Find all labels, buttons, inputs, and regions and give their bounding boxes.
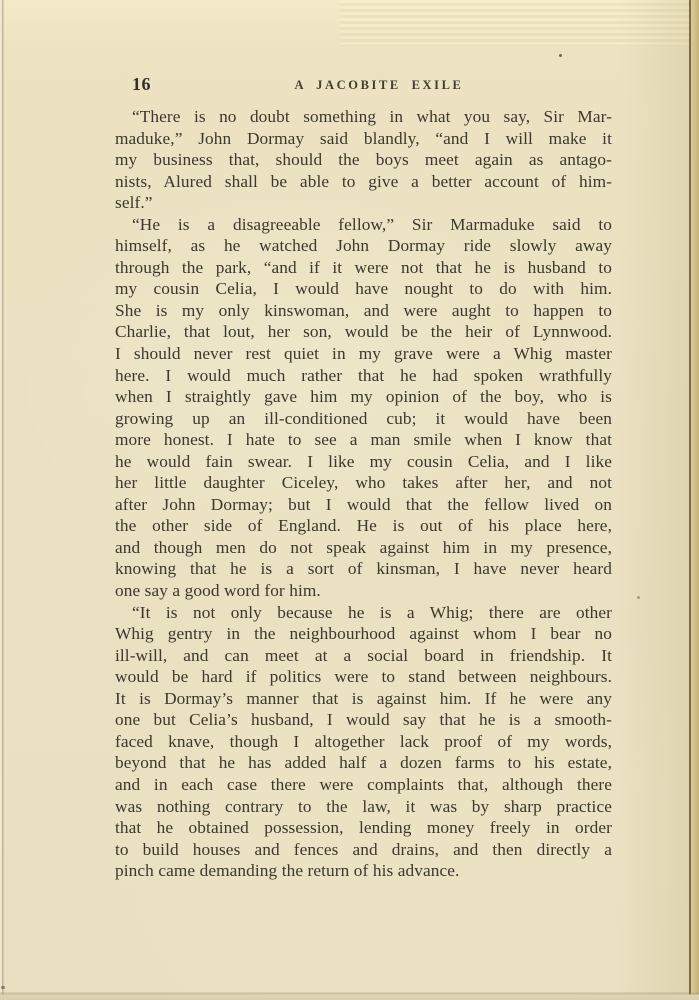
text-line: one but Celia’s husband, I would say tha… <box>115 709 612 731</box>
text-line: and in each case there were complaints t… <box>115 774 612 796</box>
page-right-shading <box>619 0 689 1000</box>
text-line: my business that, should the boys meet a… <box>115 149 612 171</box>
page-number: 16 <box>132 74 151 95</box>
text-line: my cousin Celia, I would have nought to … <box>115 278 612 300</box>
text-line: through the park, “and if it were not th… <box>115 257 612 279</box>
text-line: one say a good word for him. <box>115 580 612 602</box>
text-line: maduke,” John Dormay said blandly, “and … <box>115 128 612 150</box>
text-line: himself, as he watched John Dormay ride … <box>115 235 612 257</box>
text-line: It is Dormay’s manner that is against hi… <box>115 688 612 710</box>
text-line: and though men do not speak against him … <box>115 537 612 559</box>
scan-speck <box>559 54 562 57</box>
text-line: her little daughter Ciceley, who takes a… <box>115 472 612 494</box>
page-edge-left <box>0 0 6 1000</box>
book-page-scan: 16 A JACOBITE EXILE “There is no doubt s… <box>0 0 699 1000</box>
running-header-title: A JACOBITE EXILE <box>295 78 464 93</box>
text-line: self.” <box>115 192 612 214</box>
text-line: here. I would much rather that he had sp… <box>115 365 612 387</box>
page-header: 16 A JACOBITE EXILE <box>0 74 699 98</box>
text-line: I should never rest quiet in my grave we… <box>115 343 612 365</box>
text-line: Whig gentry in the neighbourhood against… <box>115 623 612 645</box>
text-line: “There is no doubt something in what you… <box>115 106 612 128</box>
text-line: “He is a disagreeable fellow,” Sir Marma… <box>115 214 612 236</box>
scan-top-light-band <box>0 0 699 52</box>
text-line: that he obtained possession, lending mon… <box>115 817 612 839</box>
scan-streak-texture <box>340 0 690 46</box>
text-line: more honest. I hate to see a man smile w… <box>115 429 612 451</box>
page-edge-right <box>689 0 699 1000</box>
page-text-block: “There is no doubt something in what you… <box>115 106 612 882</box>
text-line: he would fain swear. I like my cousin Ce… <box>115 451 612 473</box>
text-line: nists, Alured shall be able to give a be… <box>115 171 612 193</box>
text-line: pinch came demanding the return of his a… <box>115 860 612 882</box>
text-line: would be hard if politics were to stand … <box>115 666 612 688</box>
text-line: growing up an ill-conditioned cub; it wo… <box>115 408 612 430</box>
text-line: beyond that he has added half a dozen fa… <box>115 752 612 774</box>
text-line: ill-will, and can meet at a social board… <box>115 645 612 667</box>
text-line: faced knave, though I altogether lack pr… <box>115 731 612 753</box>
text-line: was nothing contrary to the law, it was … <box>115 796 612 818</box>
text-line: after John Dormay; but I would that the … <box>115 494 612 516</box>
page-edge-bottom <box>0 992 699 1000</box>
text-line: knowing that he is a sort of kinsman, I … <box>115 558 612 580</box>
text-line: when I straightly gave him my opinion of… <box>115 386 612 408</box>
text-line: “It is not only because he is a Whig; th… <box>115 602 612 624</box>
text-line: She is my only kinswoman, and were aught… <box>115 300 612 322</box>
text-line: to build houses and fences and drains, a… <box>115 839 612 861</box>
text-line: the other side of England. He is out of … <box>115 515 612 537</box>
scan-speck <box>637 596 640 599</box>
text-line: Charlie, that lout, her son, would be th… <box>115 321 612 343</box>
